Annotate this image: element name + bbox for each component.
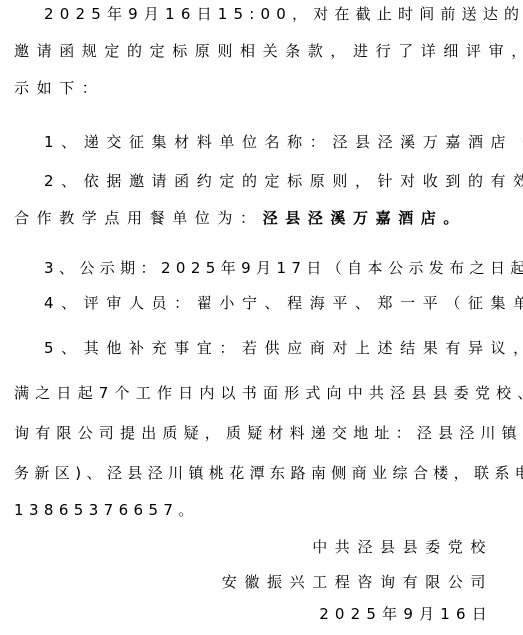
intro-line-1: 2025年9月16日15:00，对在截止时间前送达的报价材料，依据征集 [44, 5, 523, 23]
intro-line-3: 示如下： [14, 79, 104, 97]
item-2-line-2: 合作教学点用餐单位为：泾县泾溪万嘉酒店。 [14, 209, 466, 227]
signature-date: 2025年9月16日 [319, 605, 493, 623]
item-2-line-1: 2、依据邀请函约定的定标原则，针对收到的有效报价材料，拟选定的 [44, 172, 523, 190]
signature-org-2: 安徽振兴工程咨询有限公司 [222, 573, 493, 591]
item-3-text: 3、公示期：2025年9月17日（自本公示发布之日起一个工作日）。 [44, 259, 523, 277]
item-5-line-3: 询有限公司提出质疑，质疑材料递交地址：泾县泾川镇贺村路北侧(泾县政 [14, 424, 523, 442]
item-4-text: 4、评审人员：翟小宁、程海平、郑一平（征集单位代表）。 [44, 294, 523, 312]
item-2-label: 合作教学点用餐单位为： [14, 209, 263, 227]
item-5-line-5: 13865376657。 [14, 501, 199, 519]
item-5-line-2: 满之日起7个工作日内以书面形式向中共泾县县委党校、安徽振兴工程咨 [14, 384, 523, 402]
selected-unit-name: 泾县泾溪万嘉酒店。 [263, 209, 466, 227]
intro-line-2: 邀请函规定的定标原则相关条款，进行了详细评审，现将本次评审结果公 [14, 42, 523, 60]
signature-org-1: 中共泾县县委党校 [312, 538, 493, 556]
item-5-line-4: 务新区)、泾县泾川镇桃花潭东路南侧商业综合楼，联系电话：13865499996、 [14, 464, 523, 482]
item-5-line-1: 5、其他补充事宜：若供应商对上述结果有异议，可在成交公告期限届 [44, 339, 523, 357]
item-1-text: 1、递交征集材料单位名称：泾县泾溪万嘉酒店（仅一家）。 [44, 133, 523, 151]
